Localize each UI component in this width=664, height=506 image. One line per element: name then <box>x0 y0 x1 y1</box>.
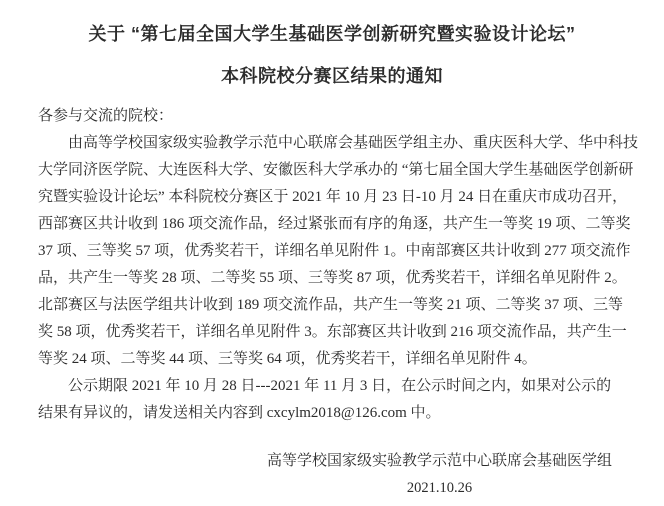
body-line: 等奖 24 项、二等奖 44 项、三等奖 64 项，优秀奖若干，详细名单见附件 … <box>38 346 634 373</box>
signature-organization: 高等学校国家级实验教学示范中心联席会基础医学组 <box>267 448 612 475</box>
signature-date: 2021.10.26 <box>267 475 612 502</box>
body-line: 奖 58 项，优秀奖若干，详细名单见附件 3。东部赛区共计收到 216 项交流作… <box>38 319 634 346</box>
signature-block: 高等学校国家级实验教学示范中心联席会基础医学组 2021.10.26 <box>267 448 612 502</box>
document-body: 各参与交流的院校： 由高等学校国家级实验教学示范中心联席会基础医学组主办、重庆医… <box>0 103 664 427</box>
body-line: 西部赛区共计收到 186 项交流作品，经过紧张而有序的角逐，共产生一等奖 19 … <box>38 211 634 238</box>
salutation: 各参与交流的院校： <box>38 103 634 130</box>
title-line-1: 关于 “第七届全国大学生基础医学创新研究暨实验设计论坛” <box>0 13 664 55</box>
body-line: 公示期限 2021 年 10 月 28 日---2021 年 11 月 3 日，… <box>38 373 634 400</box>
body-line: 究暨实验设计论坛” 本科院校分赛区于 2021 年 10 月 23 日-10 月… <box>38 184 634 211</box>
body-line-email: 结果有异议的，请发送相关内容到 cxcylm2018@126.com 中。 <box>38 400 634 427</box>
title-line-2: 本科院校分赛区结果的通知 <box>0 55 664 97</box>
body-line: 由高等学校国家级实验教学示范中心联席会基础医学组主办、重庆医科大学、华中科技 <box>38 130 634 157</box>
body-line: 37 项、三等奖 57 项，优秀奖若干，详细名单见附件 1。中南部赛区共计收到 … <box>38 238 634 265</box>
body-line: 大学同济医学院、大连医科大学、安徽医科大学承办的 “第七届全国大学生基础医学创新… <box>38 157 634 184</box>
body-line: 北部赛区与法医学组共计收到 189 项交流作品，共产生一等奖 21 项、二等奖 … <box>38 292 634 319</box>
notice-document: 关于 “第七届全国大学生基础医学创新研究暨实验设计论坛” 本科院校分赛区结果的通… <box>0 0 664 506</box>
body-line: 品，共产生一等奖 28 项、二等奖 55 项、三等奖 87 项，优秀奖若干，详细… <box>38 265 634 292</box>
document-title: 关于 “第七届全国大学生基础医学创新研究暨实验设计论坛” 本科院校分赛区结果的通… <box>0 0 664 97</box>
